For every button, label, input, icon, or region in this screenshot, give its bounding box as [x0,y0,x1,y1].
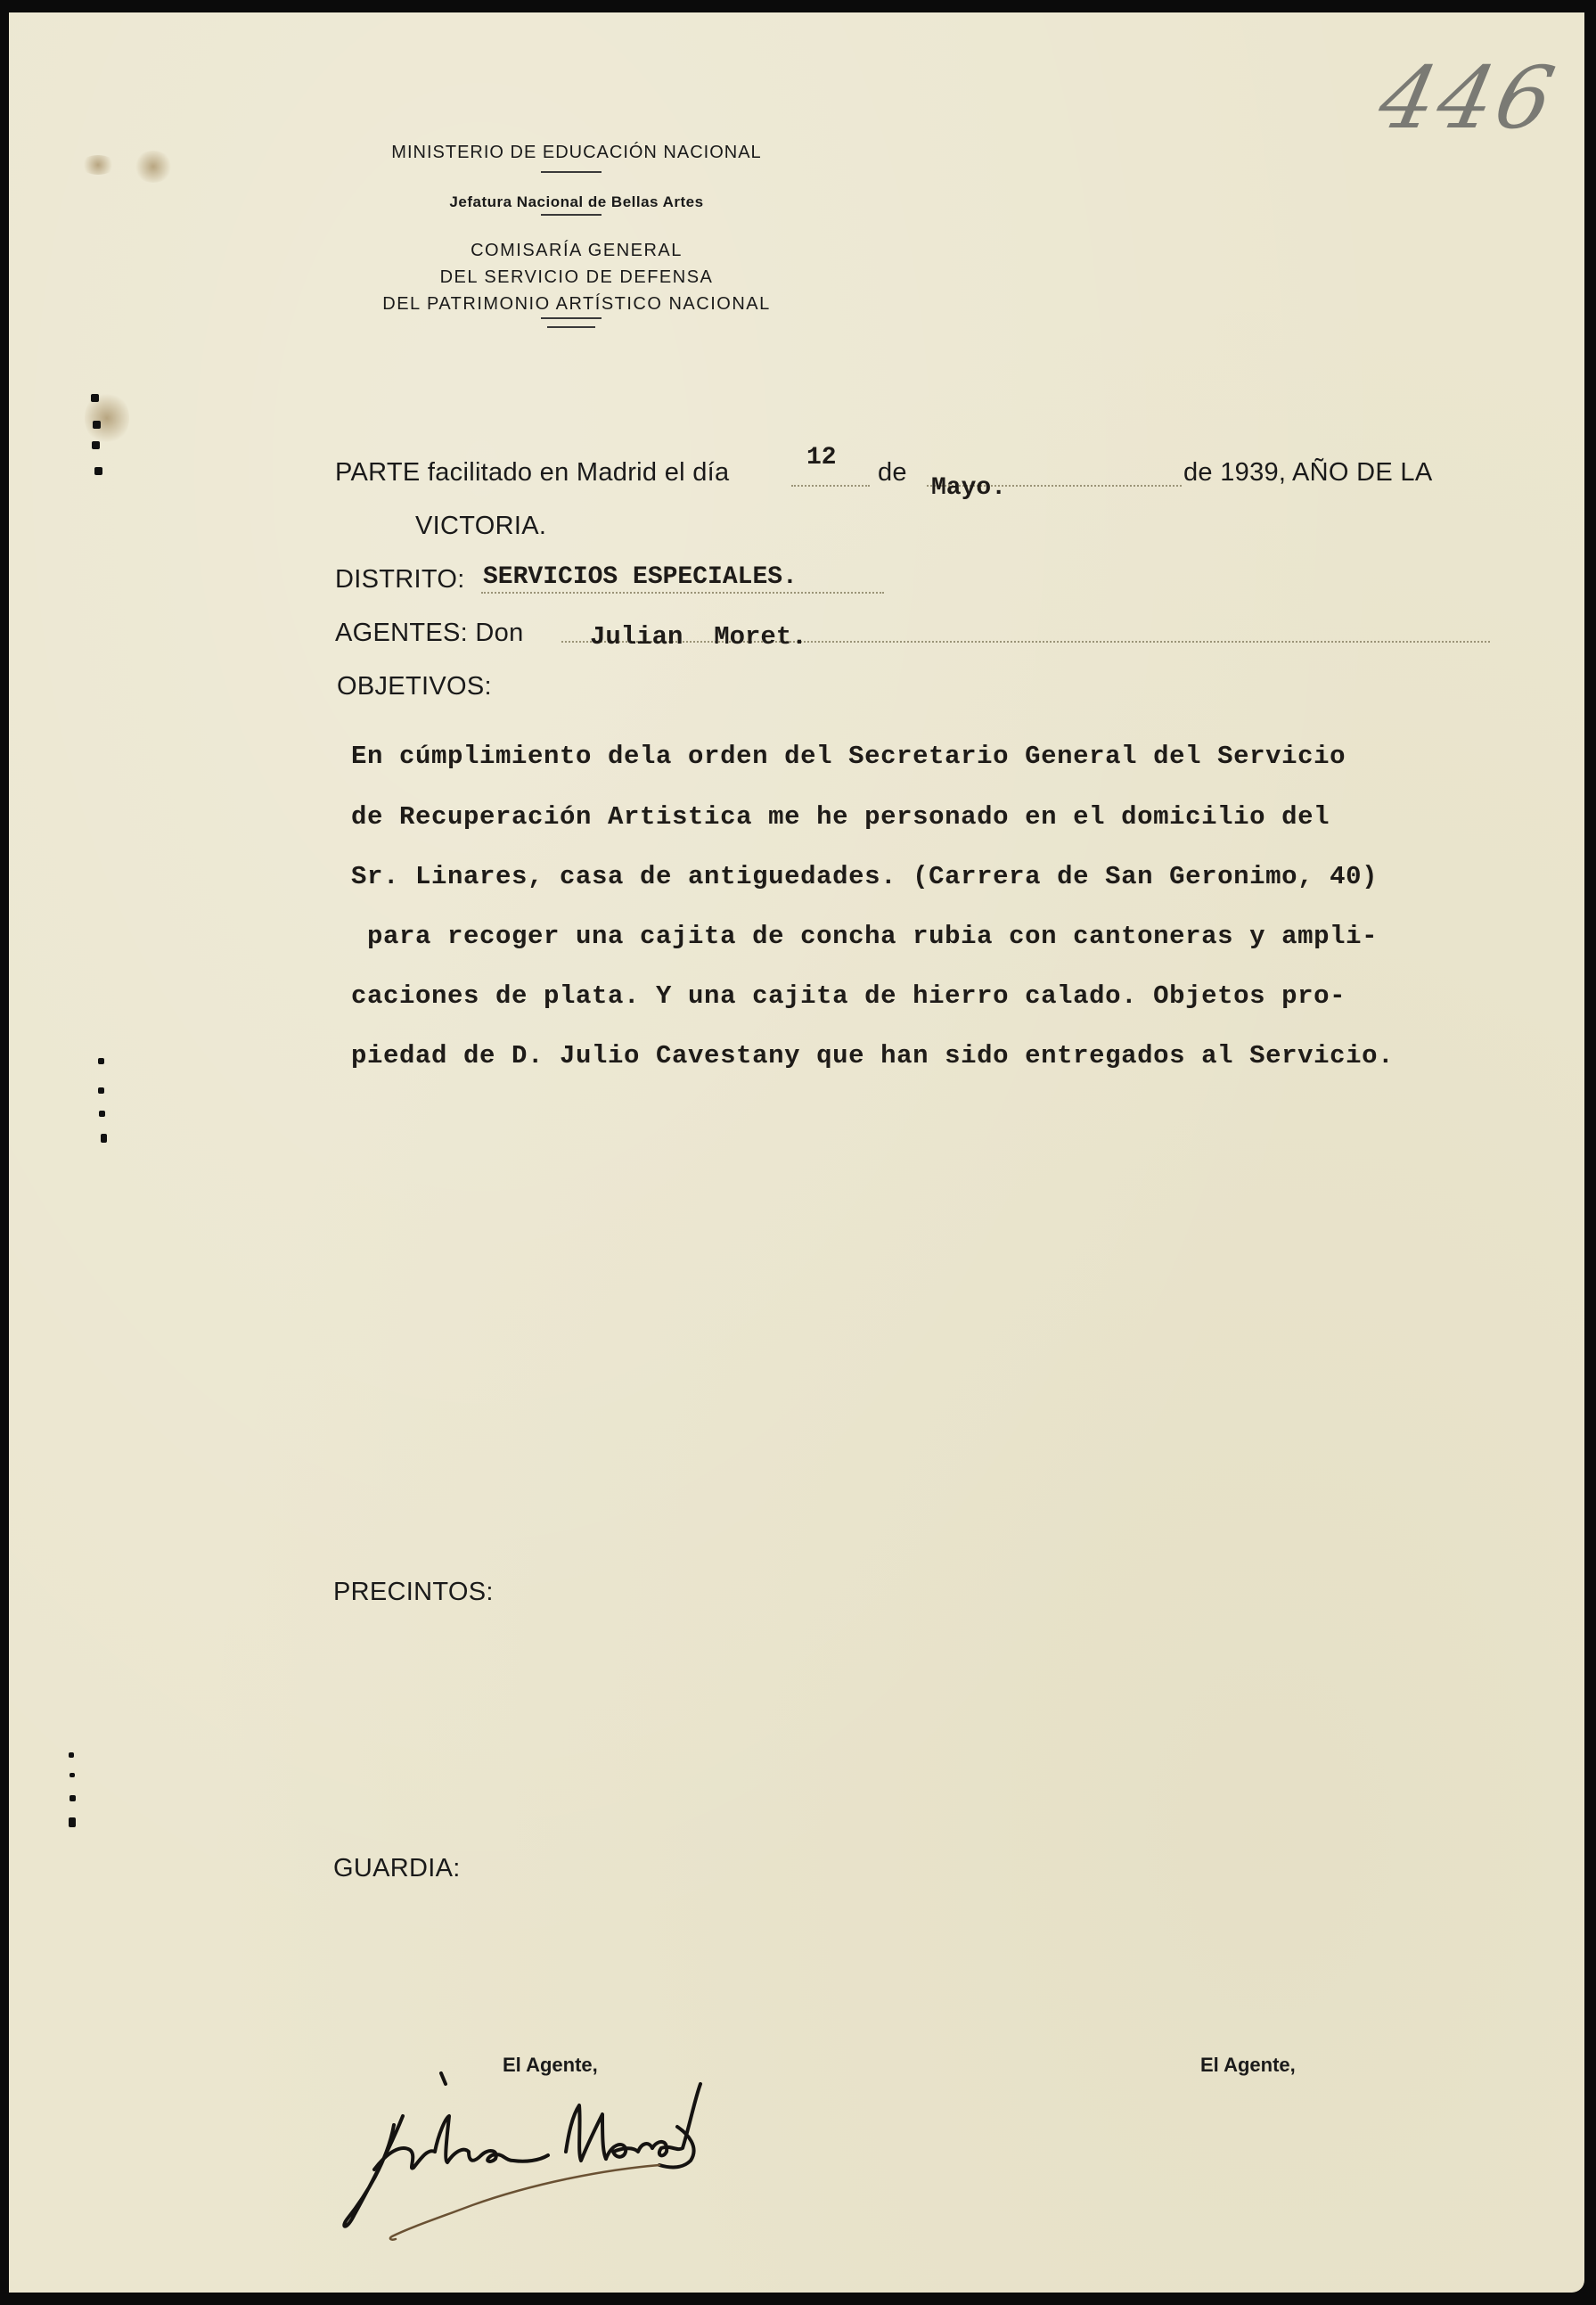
seals-label: PRECINTOS: [333,1578,494,1607]
punch-hole-icon [99,1111,105,1117]
agents-value: Julian Moret. [590,622,807,652]
objectives-line: para recoger una cajita de concha rubia … [351,922,1378,951]
district-dotted-line [481,592,884,594]
right-agent-label: El Agente, [1200,2054,1296,2077]
de-label: de [878,458,907,488]
commission-line-3: DEL PATRIMONIO ARTÍSTICO NACIONAL [340,291,813,317]
letterhead-divider [541,317,602,319]
objectives-line: de Recuperación Artistica me he personad… [351,802,1330,832]
letterhead-ministry: MINISTERIO DE EDUCACIÓN NACIONAL [340,143,813,163]
punch-hole-icon [69,1752,74,1758]
report-year-label-cont: VICTORIA. [415,512,546,541]
folio-number: 446 [1371,48,1566,148]
report-intro-label: PARTE facilitado en Madrid el día [335,458,729,488]
guard-label: GUARDIA: [333,1854,461,1883]
punch-hole-icon [70,1795,76,1801]
report-month: Mayo. [931,474,1006,502]
punch-hole-icon [101,1134,107,1143]
district-label: DISTRITO: [335,565,465,595]
agents-label: AGENTES: Don [335,619,524,648]
letterhead-divider [541,214,602,216]
report-year-label: de 1939, AÑO DE LA [1183,458,1432,488]
punch-hole-icon [94,467,102,475]
objectives-line: caciones de plata. Y una cajita de hierr… [351,981,1346,1011]
commission-line-1: COMISARÍA GENERAL [340,237,813,264]
punch-hole-icon [70,1773,75,1777]
punch-hole-icon [91,394,99,402]
punch-hole-icon [93,421,101,429]
district-value: SERVICIOS ESPECIALES. [483,563,798,591]
punch-hole-icon [98,1087,104,1094]
punch-hole-icon [92,441,100,449]
handwritten-signature [339,2063,980,2259]
stain-mark [134,151,173,183]
objectives-line: En cúmplimiento dela orden del Secretari… [351,742,1346,771]
document-page: 446 MINISTERIO DE EDUCACIÓN NACIONAL Jef… [9,12,1584,2293]
punch-hole-icon [98,1058,104,1064]
letterhead-department: Jefatura Nacional de Bellas Artes [340,193,813,211]
letterhead-divider [547,326,595,328]
punch-hole-icon [69,1817,76,1827]
objectives-line: piedad de D. Julio Cavestany que han sid… [351,1041,1394,1070]
commission-line-2: DEL SERVICIO DE DEFENSA [340,264,813,291]
letterhead-divider [541,171,602,173]
stain-mark [80,155,116,175]
objectives-line: Sr. Linares, casa de antiguedades. (Carr… [351,862,1378,891]
day-dotted-line [791,485,870,487]
objectives-label: OBJETIVOS: [337,672,492,701]
letterhead-commission: COMISARÍA GENERAL DEL SERVICIO DE DEFENS… [340,237,813,317]
report-day: 12 [806,444,837,472]
